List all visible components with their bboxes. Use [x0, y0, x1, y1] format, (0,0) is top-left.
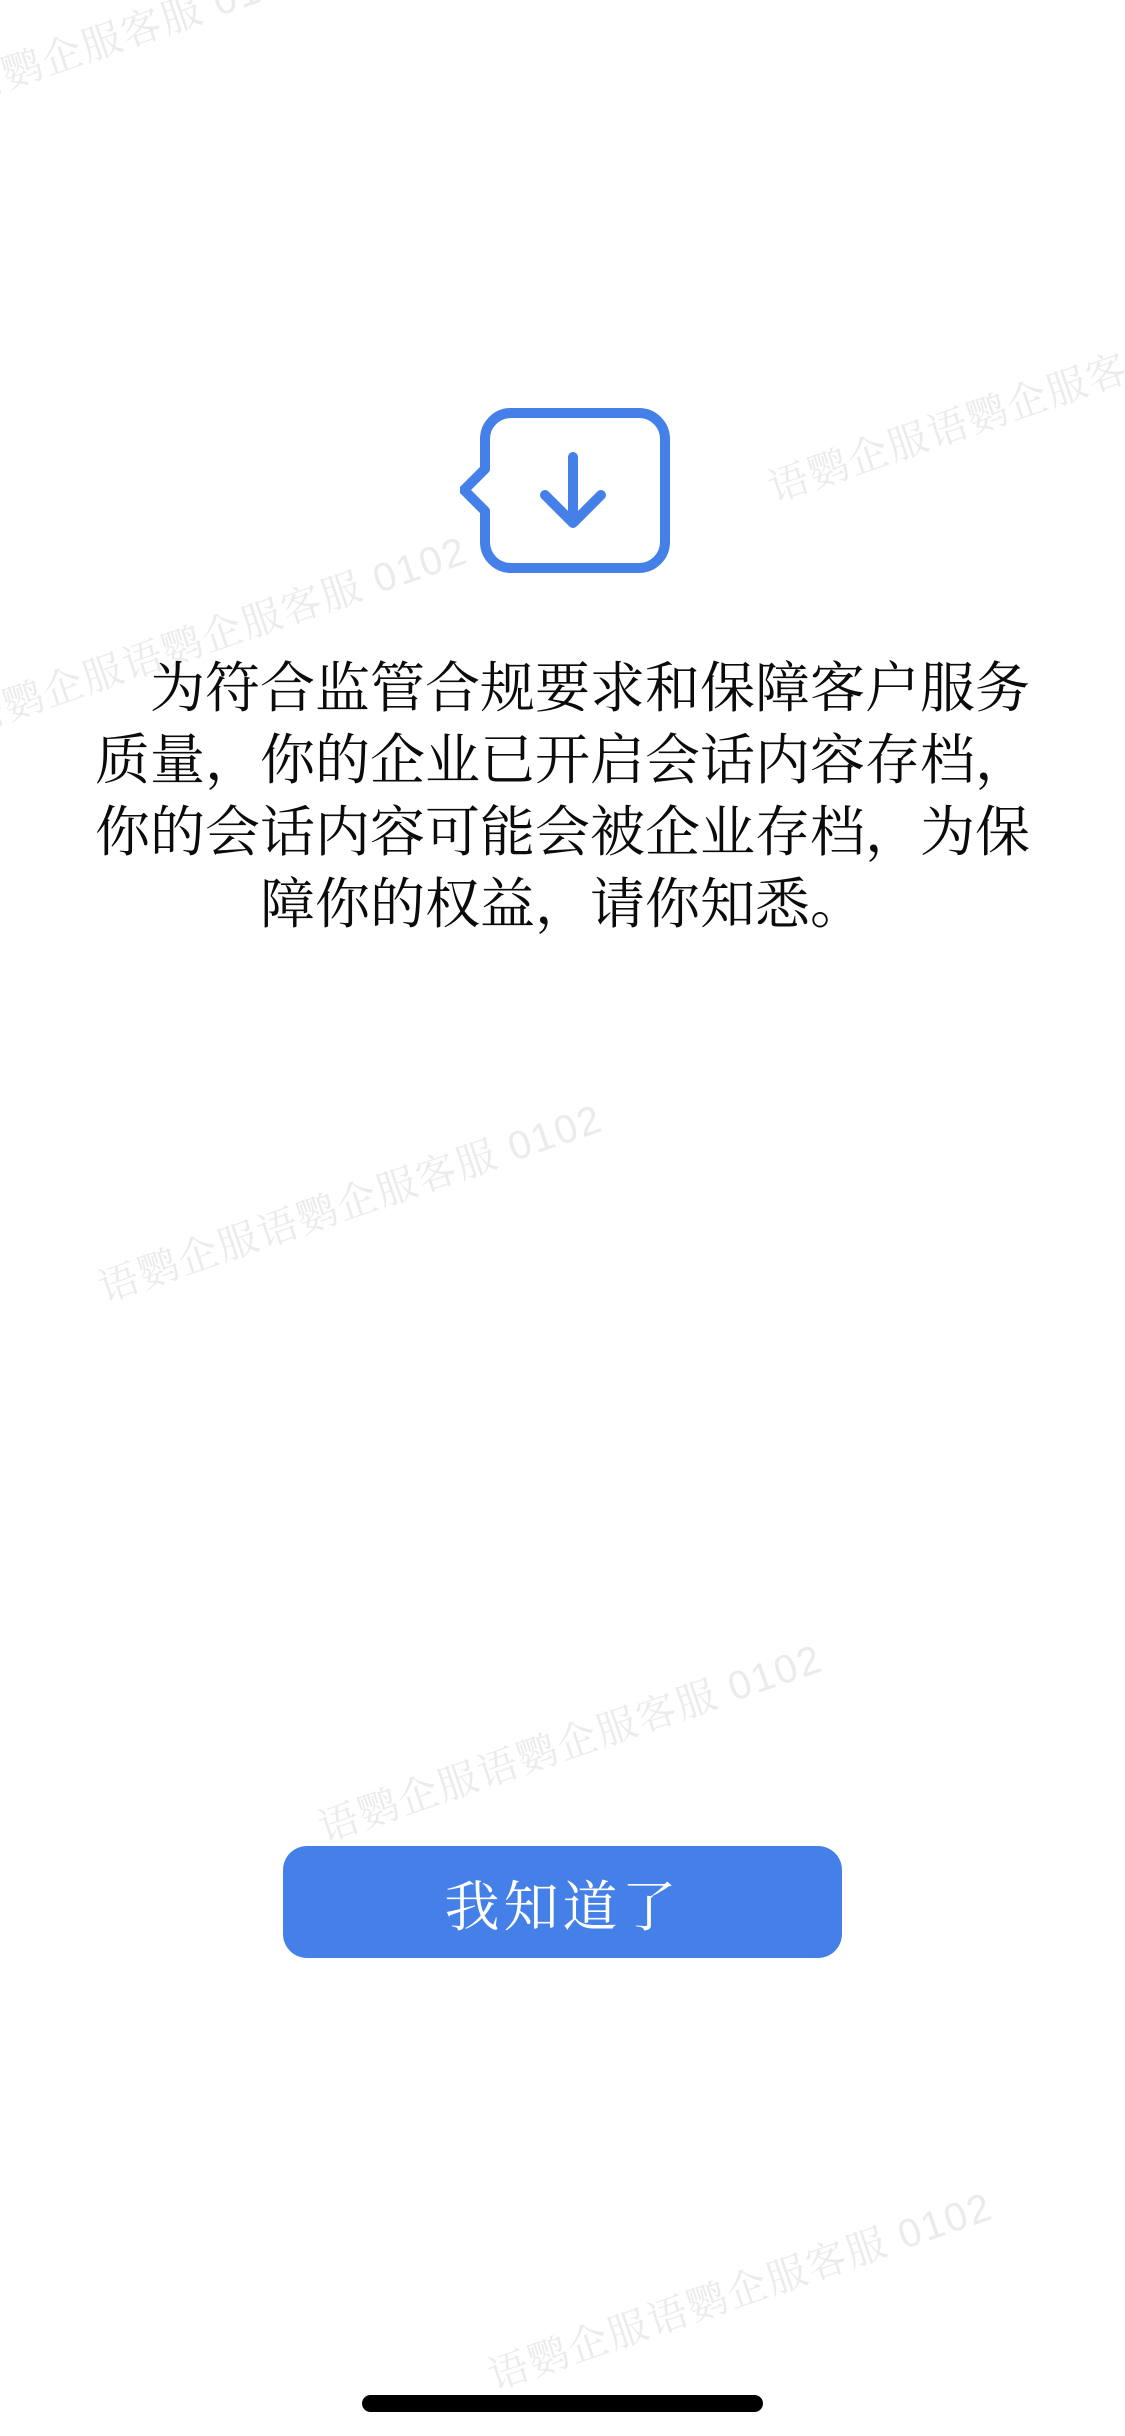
home-indicator[interactable] — [362, 2395, 763, 2412]
watermark-text: 语鹦企服语鹦企服客服 0102 — [312, 1635, 829, 1853]
notice-line: 你的会话内容可能会被企业存档，为保 — [95, 796, 1030, 868]
archive-notice-text: 为符合监管合规要求和保障客户服务 质量，你的企业已开启会话内容存档， 你的会话内… — [95, 652, 1030, 940]
watermark-text: 语鹦企服语鹦企服客服 0102 — [762, 295, 1125, 513]
notice-line: 障你的权益，请你知悉。 — [95, 868, 1030, 940]
notice-line: 为符合监管合规要求和保障客户服务 — [95, 652, 1030, 724]
watermark-text: 语鹦企服语鹦企服客服 0102 — [0, 0, 314, 168]
watermark-text: 语鹦企服语鹦企服客服 0102 — [92, 1095, 609, 1313]
chat-bubble-download-icon — [460, 408, 670, 573]
watermark-text: 语鹦企服语鹦企服客服 0102 — [482, 2183, 999, 2401]
confirm-button[interactable]: 我知道了 — [283, 1846, 842, 1958]
notice-line: 质量，你的企业已开启会话内容存档， — [95, 724, 1030, 796]
